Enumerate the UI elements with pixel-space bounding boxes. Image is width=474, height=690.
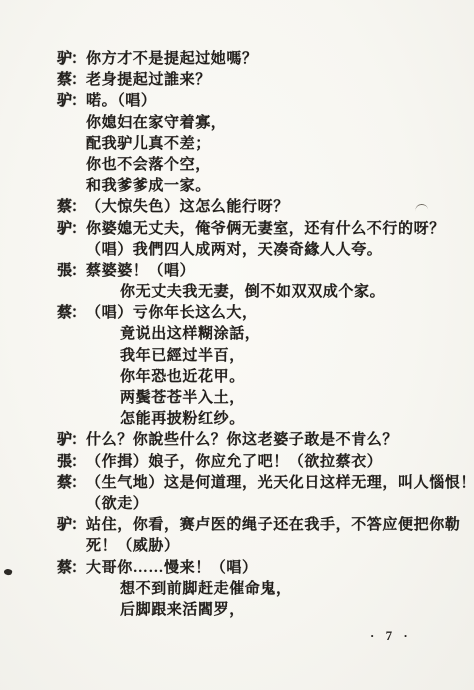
dialogue-text: 你方才不是提起过她嗎？ [86, 49, 258, 70]
script-line: 驴：你婆媳无丈夫，俺爷俩无妻室，还有什么不行的呀？ [57, 219, 460, 240]
script-line: 你年恐也近花甲。 [57, 367, 460, 388]
script-line: 配我驴儿真不差； [57, 134, 460, 155]
speaker-label: 蔡： [57, 70, 86, 91]
script-line: 張：蔡婆婆！（唱） [57, 261, 460, 282]
script-line: 蔡：（生气地）这是何道理，光天化日这样无理，叫人惱恨！ [57, 473, 460, 494]
script-line: 蔡：（大惊失色）这怎么能行呀？ [57, 197, 460, 218]
script-line: 你媳妇在家守着寡， [57, 113, 460, 134]
dialogue-text: 喏。（唱） [86, 91, 157, 112]
dialogue-text: 你婆媳无丈夫，俺爷俩无妻室，还有什么不行的呀？ [86, 219, 445, 240]
script-line: 你无丈夫我无妻，倒不如双双成个家。 [57, 282, 460, 303]
dialogue-text: 老身提起过誰来？ [86, 70, 211, 91]
scan-artifact-dot [236, 516, 239, 519]
dialogue-text: 配我驴儿真不差； [86, 134, 211, 155]
script-line: 和我爹爹成一家。 [57, 176, 460, 197]
script-line: 两鬓苍苍半入土， [57, 388, 460, 409]
scan-artifact-speck [3, 568, 12, 576]
dialogue-text: 后脚跟来活閻罗， [120, 600, 245, 621]
speaker-label: 蔡： [57, 473, 86, 494]
speaker-label: 驴： [57, 430, 86, 451]
page-number: · 7 · [370, 628, 412, 644]
dialogue-text: 想不到前脚赶走催命鬼， [120, 579, 292, 600]
dialogue-text: （唱）亏你年长这么大， [86, 303, 258, 324]
dialogue-text: 我年已經过半百， [120, 346, 245, 367]
dialogue-text: 两鬓苍苍半入土， [120, 388, 245, 409]
dialogue-text: （唱）我們四人成两对，天凑奇緣人人夸。 [86, 240, 382, 261]
speaker-label: 驴： [57, 49, 86, 70]
speaker-label: 張： [57, 261, 86, 282]
dialogue-text: 大哥你……慢来！（唱） [86, 558, 258, 579]
script-line: 怎能再披粉红纱。 [57, 409, 460, 430]
script-line: （欲走） [57, 494, 460, 515]
dialogue-text: 你也不会落个空， [86, 155, 211, 176]
script-line: 死！（威胁） [57, 536, 460, 557]
dialogue-text: 和我爹爹成一家。 [86, 176, 211, 197]
dialogue-text: 你年恐也近花甲。 [120, 367, 245, 388]
dialogue-text: 你无丈夫我无妻，倒不如双双成个家。 [120, 282, 385, 303]
dialogue-text: 怎能再披粉红纱。 [120, 409, 245, 430]
script-line: 驴：喏。（唱） [57, 91, 460, 112]
script-line: 驴：你方才不是提起过她嗎？ [57, 49, 460, 70]
speaker-label: 蔡： [57, 558, 86, 579]
dialogue-text: 站住，你看，赛卢医的绳子还在我手，不答应便把你勒 [86, 515, 460, 536]
script-line: 張：（作揖）娘子，你应允了吧！（欲拉蔡衣） [57, 452, 460, 473]
script-line: 蔡：老身提起过誰来？ [57, 70, 460, 91]
script-line: 驴：站住，你看，赛卢医的绳子还在我手，不答应便把你勒 [57, 515, 460, 536]
dialogue-text: （生气地）这是何道理，光天化日这样无理，叫人惱恨！ [86, 473, 474, 494]
script-line: 蔡：大哥你……慢来！（唱） [57, 558, 460, 579]
dialogue-text: 死！（威胁） [86, 536, 180, 557]
dialogue-text: （欲走） [86, 494, 148, 515]
dialogue-text: （大惊失色）这怎么能行呀？ [86, 197, 289, 218]
script-text-block: 驴：你方才不是提起过她嗎？蔡：老身提起过誰来？驴：喏。（唱）你媳妇在家守着寡，配… [57, 49, 460, 621]
script-line: 竟说出这样糊涂話， [57, 324, 460, 345]
scanned-book-page: 驴：你方才不是提起过她嗎？蔡：老身提起过誰来？驴：喏。（唱）你媳妇在家守着寡，配… [0, 0, 474, 690]
speaker-label: 驴： [57, 91, 86, 112]
speaker-label: 驴： [57, 515, 86, 536]
script-line: 后脚跟来活閻罗， [57, 600, 460, 621]
dialogue-text: 什么？你說些什么？你这老婆子敢是不肯么？ [86, 430, 398, 451]
dialogue-text: 竟说出这样糊涂話， [120, 324, 260, 345]
script-line: 想不到前脚赶走催命鬼， [57, 579, 460, 600]
script-line: 蔡：（唱）亏你年长这么大， [57, 303, 460, 324]
script-line: （唱）我們四人成两对，天凑奇緣人人夸。 [57, 240, 460, 261]
dialogue-text: 你媳妇在家守着寡， [86, 113, 226, 134]
speaker-label: 蔡： [57, 303, 86, 324]
speaker-label: 蔡： [57, 197, 86, 218]
script-line: 你也不会落个空， [57, 155, 460, 176]
script-line: 驴：什么？你說些什么？你这老婆子敢是不肯么？ [57, 430, 460, 451]
dialogue-text: 蔡婆婆！（唱） [86, 261, 195, 282]
speaker-label: 驴： [57, 219, 86, 240]
speaker-label: 張： [57, 452, 86, 473]
script-line: 我年已經过半百， [57, 346, 460, 367]
dialogue-text: （作揖）娘子，你应允了吧！（欲拉蔡衣） [86, 452, 382, 473]
